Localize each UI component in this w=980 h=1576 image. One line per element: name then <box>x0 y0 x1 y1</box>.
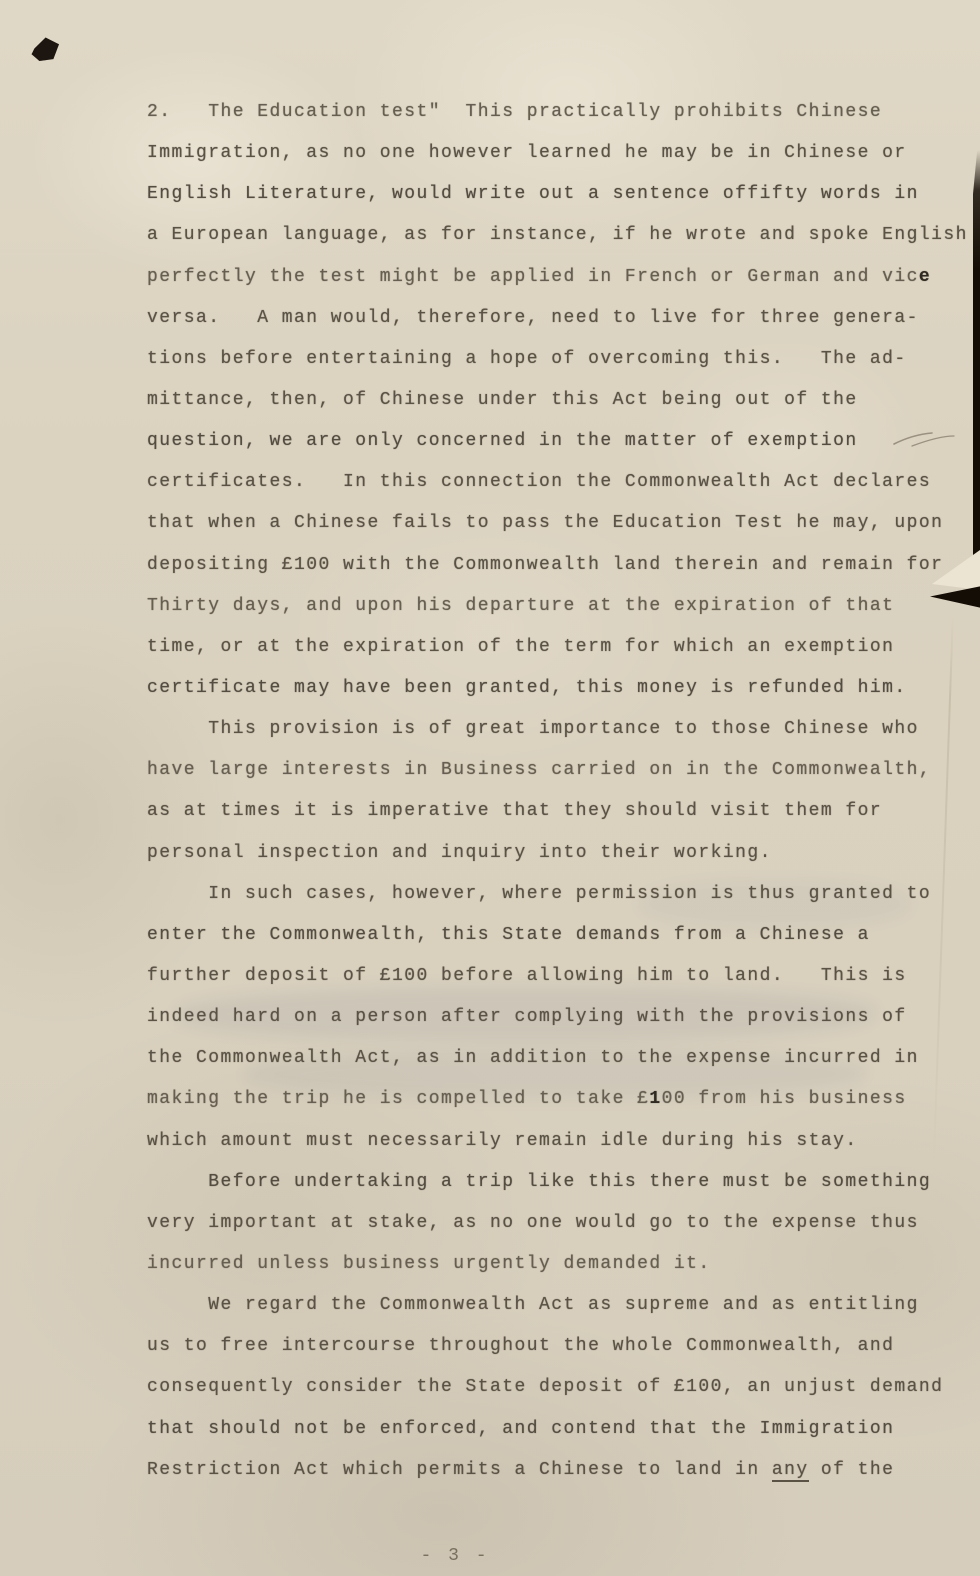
text-line: Immigration, as no one however learned h… <box>147 133 980 174</box>
text-segment: perfectly the test might be applied in F… <box>147 267 919 287</box>
text-line: that when a Chinese fails to pass the Ed… <box>147 503 980 544</box>
text-line: depositing £100 with the Commonwealth la… <box>147 545 980 586</box>
document-page: 2. The Education test" This practically … <box>0 0 980 1576</box>
text-line: us to free intercourse throughout the wh… <box>147 1326 980 1367</box>
text-segment: e <box>919 267 931 287</box>
text-line: which amount must necessarily remain idl… <box>147 1121 980 1162</box>
text-line: a European language, as for instance, if… <box>147 215 980 256</box>
text-line: perfectly the test might be applied in F… <box>147 257 980 298</box>
text-line: mittance, then, of Chinese under this Ac… <box>147 380 980 421</box>
text-line: consequently consider the State deposit … <box>147 1367 980 1408</box>
text-line: indeed hard on a person after complying … <box>147 997 980 1038</box>
text-segment: 00 from his business <box>662 1089 907 1109</box>
text-line: time, or at the expiration of the term f… <box>147 627 980 668</box>
text-line: certificates. In this connection the Com… <box>147 462 980 503</box>
text-line: tions before entertaining a hope of over… <box>147 339 980 380</box>
text-line: incurred unless business urgently demand… <box>147 1244 980 1285</box>
scan-edge-shadow <box>973 150 980 590</box>
text-line: further deposit of £100 before allowing … <box>147 956 980 997</box>
text-line: Before undertaking a trip like this ther… <box>147 1162 980 1203</box>
text-line: We regard the Commonwealth Act as suprem… <box>147 1285 980 1326</box>
ink-blot-artifact <box>31 37 59 61</box>
text-segment: 1 <box>649 1089 661 1109</box>
text-body: 2. The Education test" This practically … <box>147 92 980 1491</box>
text-line: certificate may have been granted, this … <box>147 668 980 709</box>
underlined-word: any <box>772 1460 809 1482</box>
text-line: 2. The Education test" This practically … <box>147 92 980 133</box>
page-number: - 3 - <box>147 1536 763 1576</box>
text-line: very important at stake, as no one would… <box>147 1203 980 1244</box>
text-line: as at times it is imperative that they s… <box>147 791 980 832</box>
text-line: question, we are only concerned in the m… <box>147 421 980 462</box>
text-line: English Literature, would write out a se… <box>147 174 980 215</box>
text-segment: Restriction Act which permits a Chinese … <box>147 1460 772 1480</box>
text-line: that should not be enforced, and contend… <box>147 1409 980 1450</box>
text-line: This provision is of great importance to… <box>147 709 980 750</box>
text-segment: of the <box>809 1460 895 1480</box>
text-line: the Commonwealth Act, as in addition to … <box>147 1038 980 1079</box>
text-line: personal inspection and inquiry into the… <box>147 833 980 874</box>
text-line: enter the Commonwealth, this State deman… <box>147 915 980 956</box>
text-line: Thirty days, and upon his departure at t… <box>147 586 980 627</box>
pencil-mark <box>890 427 958 451</box>
text-line: versa. A man would, therefore, need to l… <box>147 298 980 339</box>
text-segment: making the trip he is compelled to take … <box>147 1089 649 1109</box>
text-line: Restriction Act which permits a Chinese … <box>147 1450 980 1491</box>
text-line: have large interests in Business carried… <box>147 750 980 791</box>
text-line: making the trip he is compelled to take … <box>147 1079 980 1120</box>
text-line: In such cases, however, where permission… <box>147 874 980 915</box>
